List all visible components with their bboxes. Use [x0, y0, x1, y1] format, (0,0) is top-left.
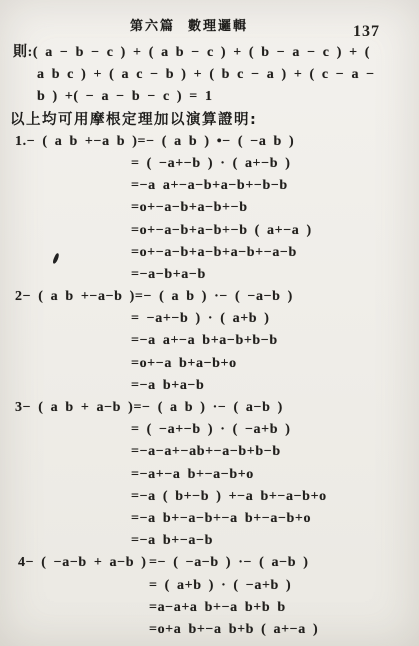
derivation-2-head-line: 2− ( a b +−a−b ) =− ( a b ) ·− ( −a−b ) [0, 286, 419, 308]
derivation-1-step-5: =o+−a−b+a−b+a−b+−a−b [131, 242, 419, 264]
derivation-3-step-2: =−a−a+−ab+−a−b+b−b [131, 441, 419, 463]
derivation-4-step-3: =o+a b+−a b+b ( a+−a ) [149, 619, 419, 641]
derivation-3-step-3: =−a+−a b+−a−b+o [131, 464, 419, 486]
derivation-1: 1.− ( a b +−a b ) =− ( a b ) •− ( −a b )… [0, 131, 419, 286]
derivation-3-step-4: =−a ( b+−b ) +−a b+−a−b+o [131, 486, 419, 508]
derivation-4-step-2: =a−a+a b+−a b+b b [149, 597, 419, 619]
chapter-section: 第六篇 [130, 15, 175, 34]
derivation-3-step-6: =−a b+−a−b [131, 530, 419, 552]
derivation-2-lhs: 2− ( a b +−a−b ) [0, 286, 135, 308]
derivation-3-head-line: 3− ( a b + a−b ) =− ( a b ) ·− ( a−b ) [0, 397, 419, 419]
chapter-header: 第六篇 數理邏輯 [130, 15, 248, 34]
derivation-3: 3− ( a b + a−b ) =− ( a b ) ·− ( a−b ) =… [0, 397, 419, 552]
derivation-1-step-4: =o+−a−b+a−b+−b ( a+−a ) [131, 220, 419, 242]
derivation-3-step-1: = ( −a+−b ) · ( −a+b ) [131, 419, 419, 441]
derivation-3-step-0: =− ( a b ) ·− ( a−b ) [133, 397, 282, 419]
derivation-4-step-1: = ( a+b ) · ( −a+b ) [149, 575, 419, 597]
derivation-4-lhs: 4− ( −a−b + a−b ) [0, 552, 149, 574]
derivation-1-step-3: =o+−a−b+a−b+−b [131, 197, 419, 219]
derivation-1-step-6: =−a−b+a−b [131, 264, 419, 286]
derivation-1-step-0: =− ( a b ) •− ( −a b ) [138, 131, 295, 153]
derivation-2-step-3: =o+−a b+a−b+o [131, 353, 419, 375]
theorem-line-3: b ) +( − a − b − c ) = 1 [37, 86, 419, 108]
derivation-2-step-4: =−a b+a−b [131, 375, 419, 397]
derivation-3-step-5: =−a b+−a−b+−a b+−a−b+o [131, 508, 419, 530]
derivation-3-lhs: 3− ( a b + a−b ) [0, 397, 133, 419]
derivation-2: 2− ( a b +−a−b ) =− ( a b ) ·− ( −a−b ) … [0, 286, 419, 397]
derivation-1-step-2: =−a a+−a−b+a−b+−b−b [131, 175, 419, 197]
derivation-1-head-line: 1.− ( a b +−a b ) =− ( a b ) •− ( −a b ) [0, 131, 419, 153]
book-page: 第六篇 數理邏輯 137 則:( a − b − c ) + ( a b − c… [0, 0, 419, 646]
derivation-2-step-0: =− ( a b ) ·− ( −a−b ) [135, 286, 293, 308]
derivation-4-step-0: =− ( −a−b ) ·− ( a−b ) [149, 552, 308, 574]
page-number: 137 [353, 23, 380, 41]
derivation-4-head-line: 4− ( −a−b + a−b ) =− ( −a−b ) ·− ( a−b ) [0, 552, 419, 574]
theorem-line-2: a b c ) + ( a c − b ) + ( b c − a ) + ( … [37, 64, 419, 86]
derivation-2-step-1: = −a+−b ) · ( a+b ) [131, 308, 419, 330]
derivation-2-step-2: =−a a+−a b+a−b+b−b [131, 330, 419, 352]
page-content: 則:( a − b − c ) + ( a b − c ) + ( b − a … [0, 42, 419, 641]
derivation-1-step-1: = ( −a+−b ) · ( a+−b ) [131, 153, 419, 175]
chapter-title: 數理邏輯 [188, 15, 248, 34]
derivation-1-lhs: 1.− ( a b +−a b ) [0, 131, 138, 153]
proof-note: 以上均可用摩根定理加以演算證明: [10, 109, 419, 131]
theorem-line-1: 則:( a − b − c ) + ( a b − c ) + ( b − a … [13, 42, 419, 64]
derivation-4: 4− ( −a−b + a−b ) =− ( −a−b ) ·− ( a−b )… [0, 552, 419, 641]
